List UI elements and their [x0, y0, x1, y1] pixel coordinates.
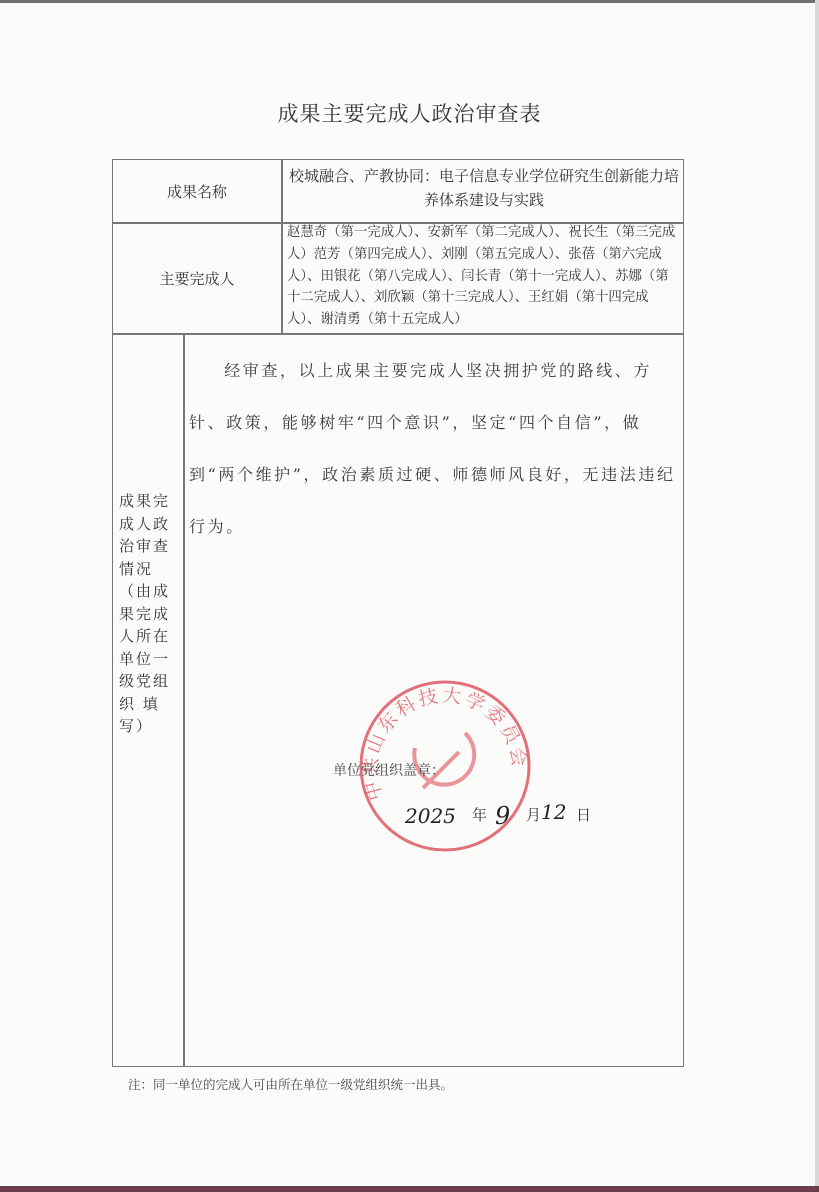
main-contributors-label: 主要完成人 [113, 223, 281, 333]
political-review-text: 经审查，以上成果主要完成人坚决拥护党的路线、方针、政策，能够树牢“四个意识”，坚… [189, 345, 679, 553]
footnote: 注：同一单位的完成人可由所在单位一级党组织统一出具。 [128, 1075, 453, 1093]
date-month-unit: 月 [526, 804, 541, 825]
page-edge-bottom [0, 1186, 819, 1192]
date-year: 2025 [405, 804, 456, 828]
date-day-unit: 日 [576, 804, 591, 825]
main-contributors-value: 赵慧奇（第一完成人）、安新军（第二完成人）、祝长生（第三完成人）范芳（第四完成人… [287, 222, 679, 331]
date-month: 9 [495, 802, 510, 830]
col-divider-bottom [183, 333, 185, 1066]
review-table: 成果名称 校城融合、产教协同：电子信息专业学位研究生创新能力培养体系建设与实践 … [112, 159, 684, 1067]
achievement-name-label: 成果名称 [113, 160, 281, 222]
political-review-label: 成果完成人政治审查情况（由成果完成人所在单位一级党组织 填写） [119, 490, 181, 738]
col-divider-top [281, 160, 283, 334]
page-title: 成果主要完成人政治审查表 [0, 98, 819, 128]
seal-label: 单位党组织盖章： [333, 760, 445, 780]
date-year-unit: 年 [472, 804, 487, 825]
date-day: 12 [541, 800, 566, 824]
page-edge-top [0, 0, 819, 3]
achievement-name-value: 校城融合、产教协同：电子信息专业学位研究生创新能力培养体系建设与实践 [289, 164, 679, 212]
page-edge-right [815, 0, 819, 1192]
row-divider-2 [113, 333, 683, 335]
